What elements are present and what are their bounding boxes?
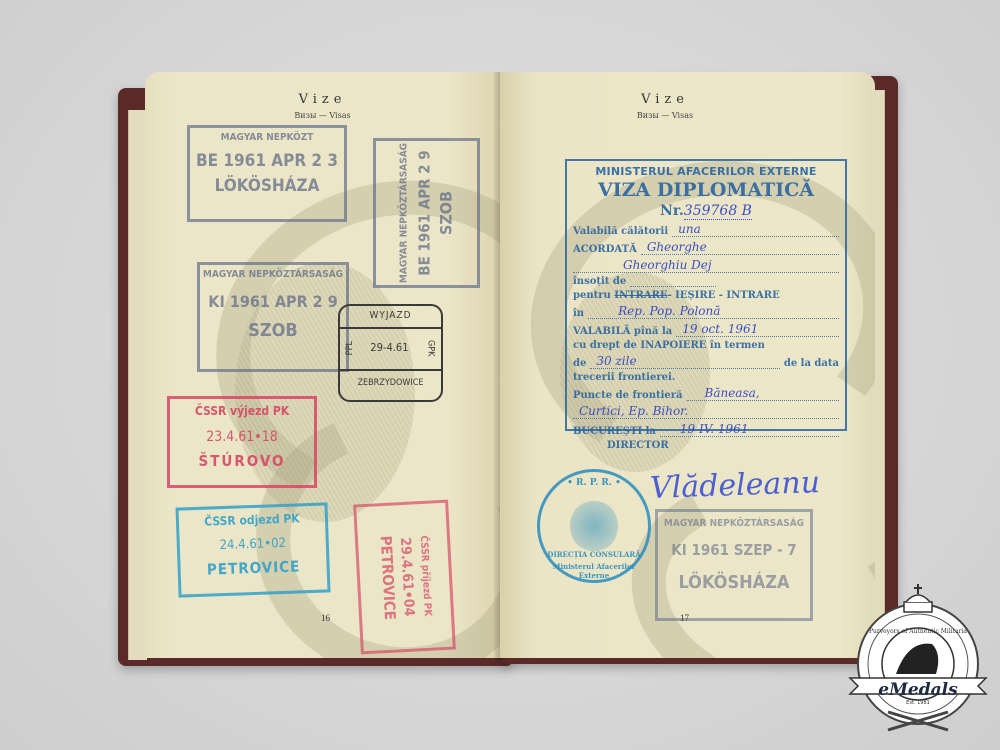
visa-border-points-cont: Curtici, Ep. Bihor. bbox=[573, 404, 839, 419]
field-label: ACORDATĂ bbox=[573, 244, 637, 255]
stamp-date: 24.4.61•02 bbox=[180, 535, 326, 555]
field-label: cu drept de INAPOIERE în termen bbox=[573, 340, 765, 351]
field-label: - IEȘIRE - INTRARE bbox=[668, 290, 780, 301]
stamp-date: KI 1961 SZEP - 7 bbox=[658, 542, 810, 559]
stamp-lokoshaza-entry: MAGYAR NEPKÖZT BE 1961 APR 2 3 LÖKÖSHÁZA bbox=[187, 125, 347, 222]
visa-number-value: 359768 B bbox=[684, 203, 752, 220]
stamp-place: SZOB bbox=[200, 321, 346, 342]
page-number: 16 bbox=[321, 613, 330, 623]
visa-return-right: cu drept de INAPOIERE în termen bbox=[573, 340, 839, 351]
visa-ministry: MINISTERUL AFACERILOR EXTERNE bbox=[573, 165, 839, 178]
stamp-line: MAGYAR NEPKÖZT bbox=[190, 132, 344, 144]
field-value: Gheorghiu Dej bbox=[573, 258, 839, 273]
field-value: Rep. Pop. Polonă bbox=[588, 304, 839, 319]
field-label: însoțit de bbox=[573, 276, 626, 287]
emedals-logo: eMedals Purveyors of Authentic Militaria… bbox=[848, 582, 988, 732]
stamp-line: MAGYAR NEPKÖZTÁRSASÁG bbox=[200, 269, 346, 281]
visa-number-label: Nr. bbox=[660, 203, 684, 219]
stamp-line: ČSSR příjezd PK bbox=[417, 534, 433, 619]
visa-title: VIZA DIPLOMATICĂ bbox=[573, 179, 839, 201]
page-heading: Vize Визы — Visas bbox=[145, 92, 500, 120]
field-label: de la data bbox=[784, 358, 839, 369]
field-label: pentru bbox=[573, 290, 611, 301]
field-label: de bbox=[573, 358, 586, 369]
diplomatic-visa-stamp: MINISTERUL AFACERILOR EXTERNE VIZA DIPLO… bbox=[565, 159, 847, 431]
stamp-szob-exit: MAGYAR NEPKÖZTÁRSASÁG KI 1961 APR 2 9 SZ… bbox=[197, 262, 349, 372]
field-value: Gheorghe bbox=[641, 240, 839, 255]
field-value: 30 zile bbox=[590, 354, 779, 369]
stamp-line: MAGYAR NEPKÖZTÁRSASÁG bbox=[398, 143, 410, 283]
logo-brand-text: eMedals bbox=[848, 680, 988, 700]
stamp-date: 29-4.61 bbox=[370, 342, 408, 355]
visa-crossing: trecerii frontierei. bbox=[573, 372, 839, 383]
stamp-szob-entry: MAGYAR NEPKÖZTÁRSASÁG BE 1961 APR 2 9 SZ… bbox=[373, 138, 480, 288]
stamp-lokoshaza-exit: MAGYAR NEPKÖZTÁRSASÁG KI 1961 SZEP - 7 L… bbox=[655, 509, 813, 621]
visa-number: Nr.359768 B bbox=[573, 203, 839, 219]
stamp-date: 29.4.61•04 bbox=[397, 534, 417, 619]
stamp-place: PETROVICE bbox=[180, 557, 327, 579]
field-value: 19 oct. 1961 bbox=[676, 322, 839, 337]
director-signature: Vlădeleanu bbox=[649, 465, 820, 506]
stamp-line: ČSSR odjezd PK bbox=[179, 511, 325, 530]
stamp-petrovice-entry: ČSSR příjezd PK 29.4.61•04 PETROVICE bbox=[353, 500, 456, 655]
logo-ring-text: Purveyors of Authentic Militaria bbox=[848, 628, 988, 635]
field-value-empty bbox=[630, 286, 716, 287]
field-label: trecerii frontierei. bbox=[573, 372, 675, 383]
visa-granted: ACORDATĂGheorghe bbox=[573, 240, 839, 255]
seal-top-text: • R. P. R. • bbox=[540, 478, 648, 488]
heading-title: Vize bbox=[500, 92, 830, 107]
stamp-place: PETROVICE bbox=[376, 535, 398, 620]
visa-granted-cont: Gheorghiu Dej bbox=[573, 258, 839, 273]
consular-seal: • R. P. R. • DIRECȚIA CONSULARĂ Minister… bbox=[537, 469, 651, 583]
visa-valid-trips: Valabilă călătoriiuna bbox=[573, 222, 839, 237]
stamp-place: SZOB bbox=[437, 143, 455, 283]
visa-destination: înRep. Pop. Polonă bbox=[573, 304, 839, 319]
heading-subtitle: Визы — Visas bbox=[145, 111, 500, 120]
stamp-date: BE 1961 APR 2 3 bbox=[190, 152, 344, 172]
stamp-place: ZEBRZYDOWICE bbox=[340, 378, 441, 388]
stamp-sturovo-exit: ČSSR výjezd PK 23.4.61•18 ŠTÚROVO bbox=[167, 396, 317, 488]
seal-center-text: DIRECȚIA CONSULARĂ bbox=[540, 550, 648, 559]
seal-emblem-icon bbox=[570, 500, 618, 552]
heading-title: Vize bbox=[145, 92, 500, 107]
stamp-line: MAGYAR NEPKÖZTÁRSASÁG bbox=[658, 518, 810, 530]
heading-subtitle: Визы — Visas bbox=[500, 111, 830, 120]
stamp-place: LÖKÖSHÁZA bbox=[190, 177, 344, 197]
stamp-place: LÖKÖSHÁZA bbox=[658, 573, 810, 594]
field-value: una bbox=[672, 222, 839, 237]
field-label: DIRECTOR bbox=[607, 440, 669, 451]
stamp-line: WYJAZD bbox=[340, 306, 441, 322]
field-label: în bbox=[573, 308, 584, 319]
page-number: 17 bbox=[680, 613, 689, 623]
visa-place-date: BUCUREȘTI la19 IV. 1961 bbox=[573, 422, 839, 437]
field-value: 19 IV. 1961 bbox=[660, 422, 839, 437]
visa-director: DIRECTOR bbox=[573, 440, 839, 451]
field-value: Curtici, Ep. Bihor. bbox=[573, 404, 839, 419]
field-value: Băneasa, bbox=[687, 386, 840, 401]
stamp-date: KI 1961 APR 2 9 bbox=[200, 293, 346, 311]
logo-est-text: Est. 1981 bbox=[848, 700, 988, 706]
stamp-petrovice-exit: ČSSR odjezd PK 24.4.61•02 PETROVICE bbox=[175, 502, 330, 597]
visa-days: de30 zilede la data bbox=[573, 354, 839, 369]
page-heading: Vize Визы — Visas bbox=[500, 92, 830, 120]
seal-ring-text: Ministerul Afacerilor Externe bbox=[540, 562, 648, 580]
stamp-place: ŠTÚROVO bbox=[170, 453, 314, 470]
stamp-side-left: PPL bbox=[345, 341, 355, 355]
visa-valid-until: VALABILĂ pînă la19 oct. 1961 bbox=[573, 322, 839, 337]
visa-border-points: Puncte de frontierăBăneasa, bbox=[573, 386, 839, 401]
emedals-badge-icon bbox=[848, 582, 988, 732]
field-label: Valabilă călătorii bbox=[573, 226, 668, 237]
stamp-zebrzydowice-exit: WYJAZD PPL 29-4.61 GPK ZEBRZYDOWICE bbox=[338, 304, 443, 402]
visa-accompanied: însoțit de bbox=[573, 276, 839, 287]
field-label: BUCUREȘTI la bbox=[573, 426, 656, 437]
stamp-date: 23.4.61•18 bbox=[170, 429, 314, 445]
field-label: VALABILĂ pînă la bbox=[573, 326, 672, 337]
stamp-date: BE 1961 APR 2 9 bbox=[415, 143, 432, 283]
passport-page-left: Vize Визы — Visas MAGYAR NEPKÖZT BE 1961… bbox=[145, 72, 500, 658]
visa-purpose: pentru INTRARE - IEȘIRE - INTRARE bbox=[573, 290, 839, 301]
stamp-line: ČSSR výjezd PK bbox=[170, 405, 314, 419]
stamp-side-right: GPK bbox=[425, 340, 435, 356]
field-label: Puncte de frontieră bbox=[573, 390, 683, 401]
field-struck: INTRARE bbox=[614, 290, 667, 301]
